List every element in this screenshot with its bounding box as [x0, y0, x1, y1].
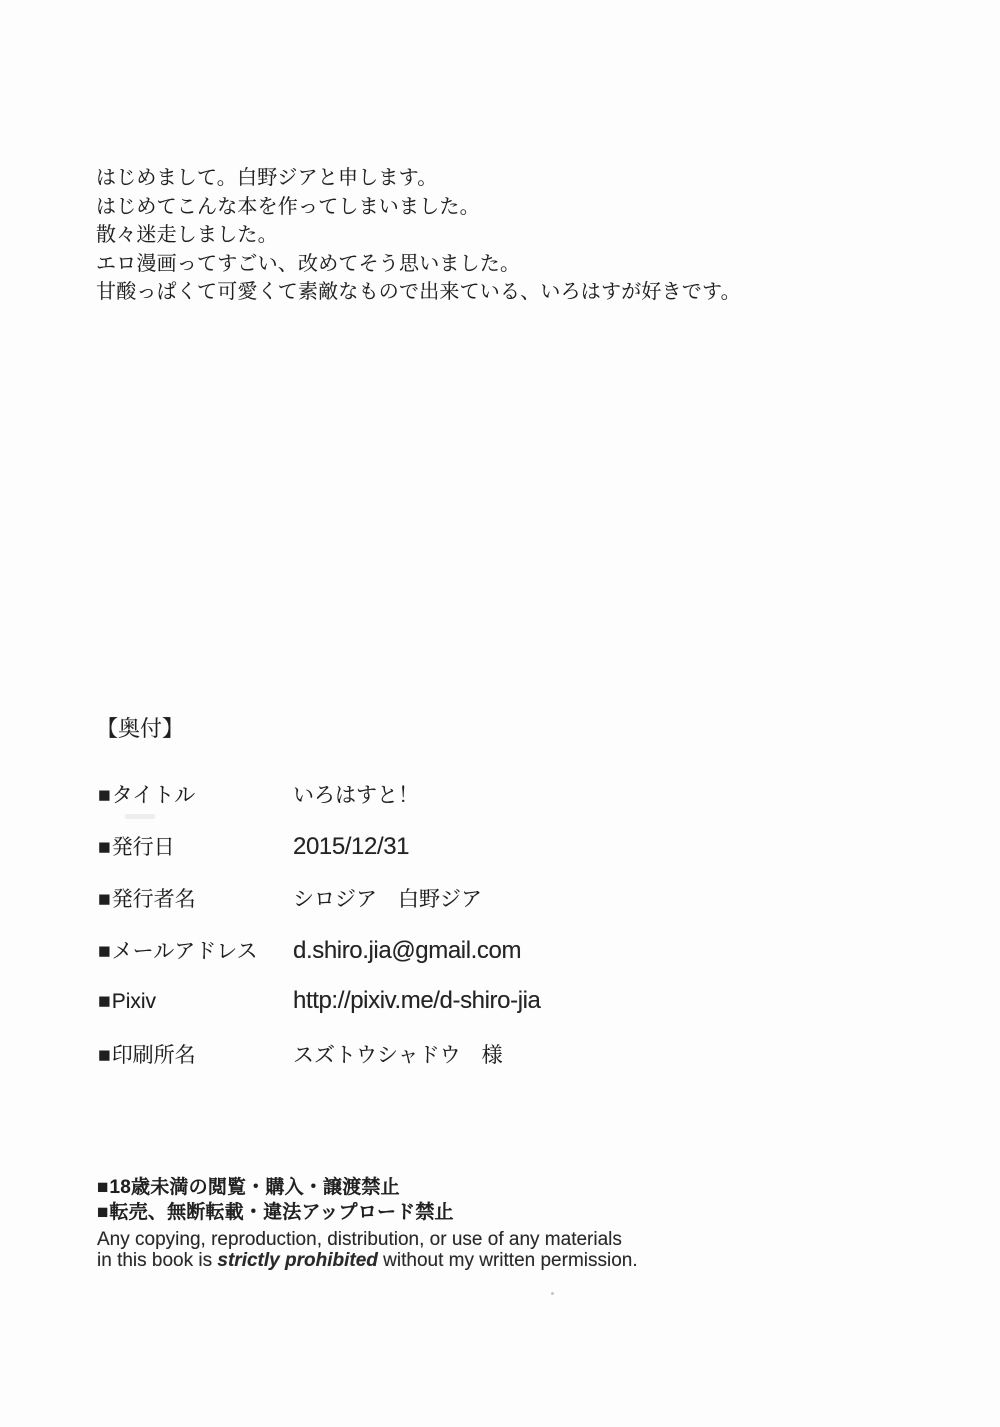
square-bullet-icon: ■	[98, 836, 112, 859]
notice-jp-line-resale: ■転売、無断転載・違法アップロード禁止	[97, 1200, 638, 1225]
notice-english: Any copying, reproduction, distribution,…	[97, 1229, 638, 1271]
colophon-row-value: 2015/12/31	[293, 833, 409, 861]
colophon-row-label: メールアドレス	[112, 940, 258, 963]
colophon-row-label-group: ■タイトル	[98, 779, 293, 809]
colophon-row-value: いろはすと！	[293, 779, 419, 809]
scan-artifact-streak	[125, 814, 155, 819]
intro-line: エロ漫画ってすごい、改めてそう思いました。	[96, 250, 741, 279]
colophon-page: はじめまして。白野ジアと申します。 はじめてこんな本を作ってしまいました。 散々…	[0, 0, 1000, 1427]
intro-line: はじめまして。白野ジアと申します。	[96, 164, 741, 193]
square-bullet-icon: ■	[98, 1044, 112, 1067]
colophon-row-value-email: d.shiro.jia@gmail.com	[293, 937, 521, 965]
colophon-row-issue-date: ■発行日 2015/12/31	[98, 831, 541, 853]
notice-jp-text: 18歳未満の閲覧・購入・譲渡禁止	[109, 1177, 399, 1198]
colophon-row-email: ■メールアドレス d.shiro.jia@gmail.com	[98, 935, 541, 957]
colophon-heading: 【奥付】	[96, 716, 184, 742]
colophon-row-title: ■タイトル いろはすと！	[98, 779, 541, 801]
square-bullet-icon: ■	[98, 990, 112, 1013]
colophon-row-label: タイトル	[112, 784, 196, 807]
colophon-row-value-pixiv-url: http://pixiv.me/d-shiro-jia	[293, 987, 541, 1015]
colophon-row-label-group: ■メールアドレス	[98, 935, 293, 965]
square-bullet-icon: ■	[98, 784, 112, 807]
colophon-row-label-group: ■発行日	[98, 831, 293, 861]
colophon-row-pixiv: ■Pixiv http://pixiv.me/d-shiro-jia	[98, 987, 541, 1009]
colophon-row-label-group: ■印刷所名	[98, 1039, 293, 1069]
intro-paragraph: はじめまして。白野ジアと申します。 はじめてこんな本を作ってしまいました。 散々…	[96, 164, 741, 307]
colophon-table: ■タイトル いろはすと！ ■発行日 2015/12/31 ■発行者名 シロジア …	[98, 779, 541, 1091]
colophon-row-label: 発行日	[112, 836, 175, 859]
colophon-row-value: スズトウシャドウ 様	[293, 1039, 503, 1069]
colophon-row-label-group: ■発行者名	[98, 883, 293, 913]
notice-jp-line-age: ■18歳未満の閲覧・購入・譲渡禁止	[97, 1175, 638, 1200]
colophon-row-label: 印刷所名	[112, 1044, 196, 1067]
square-bullet-icon: ■	[98, 888, 112, 911]
intro-line: 甘酸っぱくて可愛くて素敵なもので出来ている、いろはすが好きです。	[96, 278, 741, 307]
scan-artifact-speck	[551, 1292, 554, 1295]
square-bullet-icon: ■	[97, 1177, 109, 1198]
intro-line: はじめてこんな本を作ってしまいました。	[96, 193, 741, 222]
prohibition-notice: ■18歳未満の閲覧・購入・譲渡禁止 ■転売、無断転載・違法アップロード禁止 An…	[97, 1175, 638, 1271]
colophon-row-value: シロジア 白野ジア	[293, 883, 482, 913]
colophon-row-printer: ■印刷所名 スズトウシャドウ 様	[98, 1039, 541, 1061]
intro-line: 散々迷走しました。	[96, 221, 741, 250]
square-bullet-icon: ■	[98, 940, 112, 963]
notice-english-line1: Any copying, reproduction, distribution,…	[97, 1229, 638, 1250]
notice-english-line2-pre: in this book is	[97, 1250, 217, 1271]
notice-english-line2-post: without my written permission.	[378, 1250, 638, 1271]
notice-jp-text: 転売、無断転載・違法アップロード禁止	[109, 1202, 453, 1223]
notice-english-emphasis: strictly prohibited	[217, 1250, 377, 1271]
colophon-row-label: Pixiv	[112, 990, 156, 1013]
colophon-row-label-group: ■Pixiv	[98, 990, 293, 1014]
notice-english-line2: in this book is strictly prohibited with…	[97, 1250, 638, 1271]
colophon-row-label: 発行者名	[112, 888, 196, 911]
colophon-row-publisher: ■発行者名 シロジア 白野ジア	[98, 883, 541, 905]
square-bullet-icon: ■	[97, 1202, 109, 1223]
